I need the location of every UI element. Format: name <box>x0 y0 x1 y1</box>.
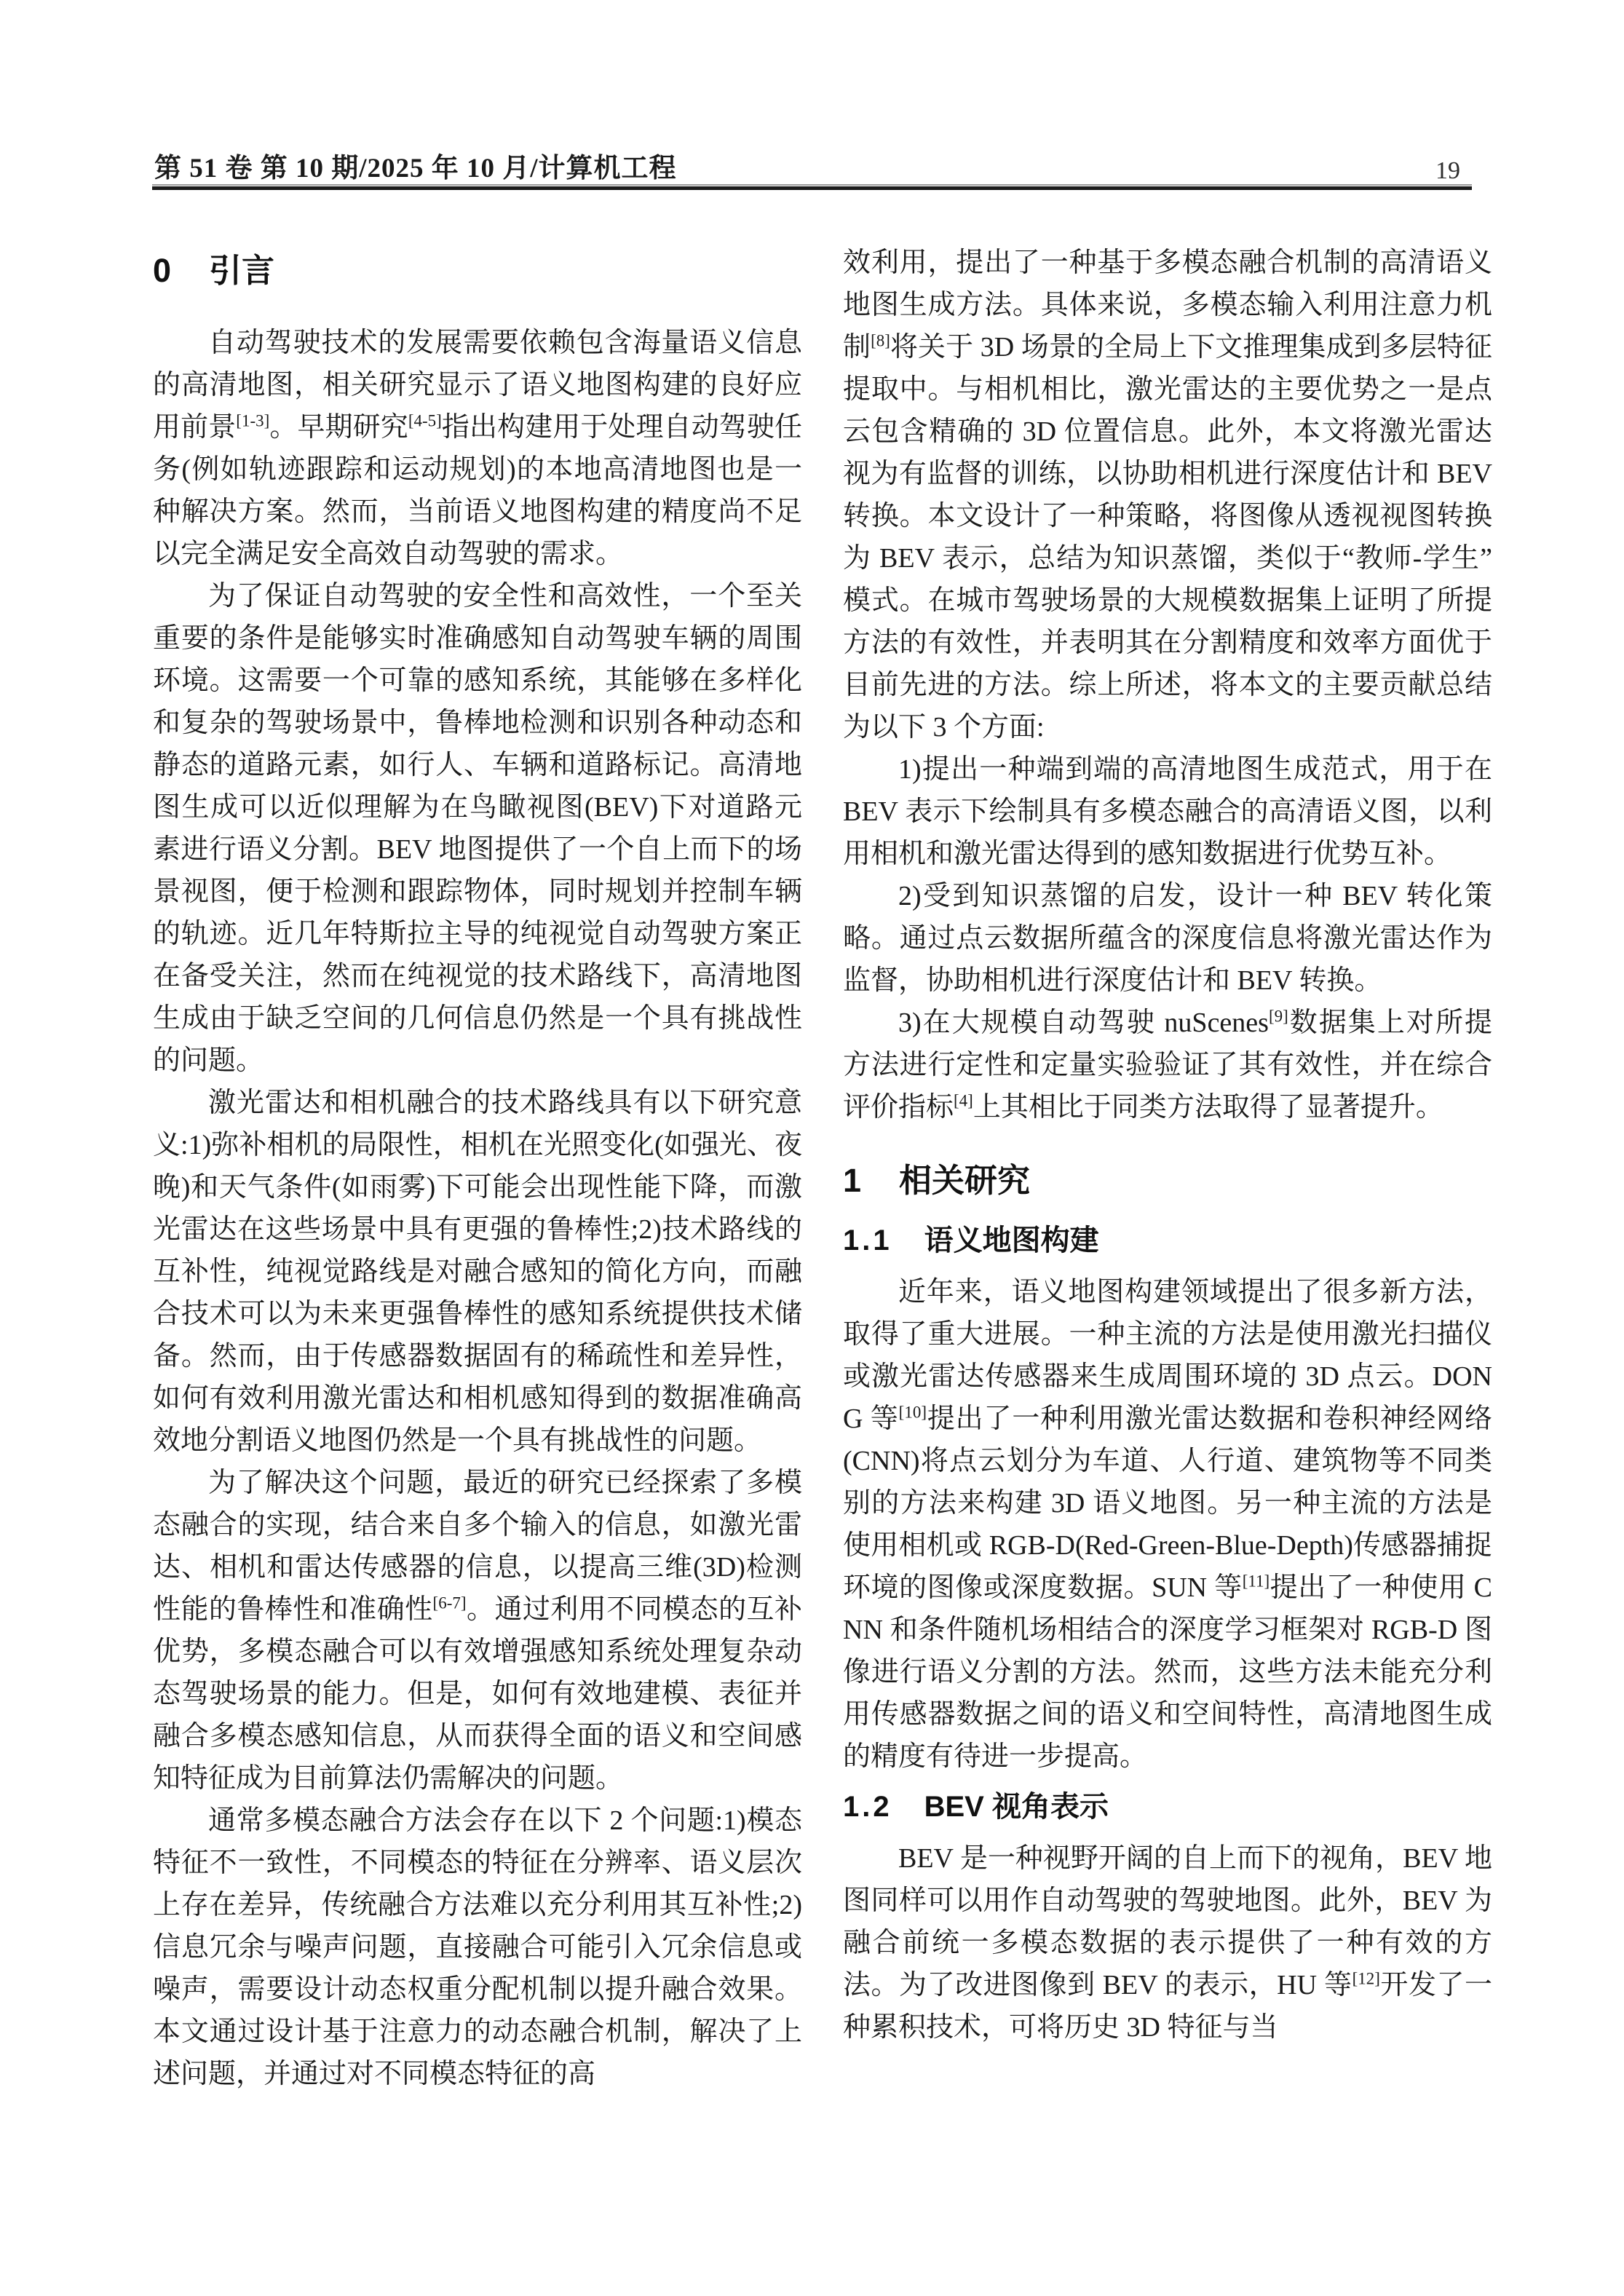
article-body: 0引言 自动驾驶技术的发展需要依赖包含海量语义信息的高清地图，相关研究显示了语义… <box>153 242 1492 2095</box>
citation-reference: [11] <box>1243 1572 1270 1590</box>
section-number: 1 <box>843 1162 861 1199</box>
header-rule <box>152 184 1472 190</box>
citation-reference: [10] <box>899 1403 927 1421</box>
continuation-paragraphs: 效利用，提出了一种基于多模态融合机制的高清语义地图生成方法。具体来说，多模态输入… <box>843 242 1492 1128</box>
citation-reference: [4-5] <box>408 411 442 429</box>
citation-reference: [12] <box>1352 1969 1380 1987</box>
paragraph: 为了解决这个问题，最近的研究已经探索了多模态融合的实现，结合来自多个输入的信息，… <box>153 1462 802 1800</box>
subsection-heading-semantic-map: 1.1语义地图构建 <box>843 1224 1492 1256</box>
citation-reference: [6-7] <box>433 1594 467 1612</box>
paragraph: 为了保证自动驾驶的安全性和高效性，一个至关重要的条件是能够实时准确感知自动驾驶车… <box>153 575 802 1082</box>
paragraph: 通常多模态融合方法会存在以下 2 个问题:1)模态特征不一致性，不同模态的特征在… <box>153 1800 802 2095</box>
paragraph: 3)在大规模自动驾驶 nuScenes[9]数据集上对所提方法进行定性和定量实验… <box>843 1002 1492 1128</box>
subsection-title: BEV 视角表示 <box>924 1791 1109 1823</box>
page-header: 第 51 卷 第 10 期/2025 年 10 月/计算机工程 19 <box>154 146 1473 185</box>
subsection-number: 1.2 <box>843 1791 892 1823</box>
subsection-heading-bev-view: 1.2BEV 视角表示 <box>843 1791 1492 1823</box>
paragraph: 近年来，语义地图构建领域提出了很多新方法，取得了重大进展。一种主流的方法是使用激… <box>843 1271 1492 1778</box>
citation-reference: [8] <box>871 331 890 349</box>
subsection-number: 1.1 <box>843 1224 892 1256</box>
section-heading-introduction: 0引言 <box>153 252 802 290</box>
right-column: 效利用，提出了一种基于多模态融合机制的高清语义地图生成方法。具体来说，多模态输入… <box>843 242 1492 2095</box>
citation-reference: [9] <box>1269 1007 1288 1025</box>
journal-issue-info: 第 51 卷 第 10 期/2025 年 10 月/计算机工程 <box>154 146 677 185</box>
paragraph: 激光雷达和相机融合的技术路线具有以下研究意义:1)弥补相机的局限性，相机在光照变… <box>153 1082 802 1462</box>
paper-page: 第 51 卷 第 10 期/2025 年 10 月/计算机工程 19 0引言 自… <box>0 0 1624 2296</box>
paragraph: 1)提出一种端到端的高清地图生成范式，用于在 BEV 表示下绘制具有多模态融合的… <box>843 748 1492 875</box>
left-column: 0引言 自动驾驶技术的发展需要依赖包含海量语义信息的高清地图，相关研究显示了语义… <box>153 242 802 2095</box>
paragraph: BEV 是一种视野开阔的自上而下的视角，BEV 地图同样可以用作自动驾驶的驾驶地… <box>843 1837 1492 2048</box>
section-title: 相关研究 <box>899 1162 1030 1199</box>
section-number: 0 <box>153 252 171 289</box>
paragraph: 效利用，提出了一种基于多模态融合机制的高清语义地图生成方法。具体来说，多模态输入… <box>843 242 1492 748</box>
semantic-map-paragraphs: 近年来，语义地图构建领域提出了很多新方法，取得了重大进展。一种主流的方法是使用激… <box>843 1271 1492 1778</box>
subsection-title: 语义地图构建 <box>924 1224 1099 1256</box>
bev-view-paragraphs: BEV 是一种视野开阔的自上而下的视角，BEV 地图同样可以用作自动驾驶的驾驶地… <box>843 1837 1492 2048</box>
introduction-paragraphs: 自动驾驶技术的发展需要依赖包含海量语义信息的高清地图，相关研究显示了语义地图构建… <box>153 322 802 2095</box>
section-title: 引言 <box>209 252 274 289</box>
citation-reference: [4] <box>954 1091 973 1109</box>
paragraph: 自动驾驶技术的发展需要依赖包含海量语义信息的高清地图，相关研究显示了语义地图构建… <box>153 322 802 575</box>
page-number: 19 <box>1435 157 1473 185</box>
section-heading-related-work: 1相关研究 <box>843 1162 1492 1200</box>
citation-reference: [1-3] <box>236 411 269 429</box>
paragraph: 2)受到知识蒸馏的启发，设计一种 BEV 转化策略。通过点云数据所蕴含的深度信息… <box>843 875 1492 1002</box>
